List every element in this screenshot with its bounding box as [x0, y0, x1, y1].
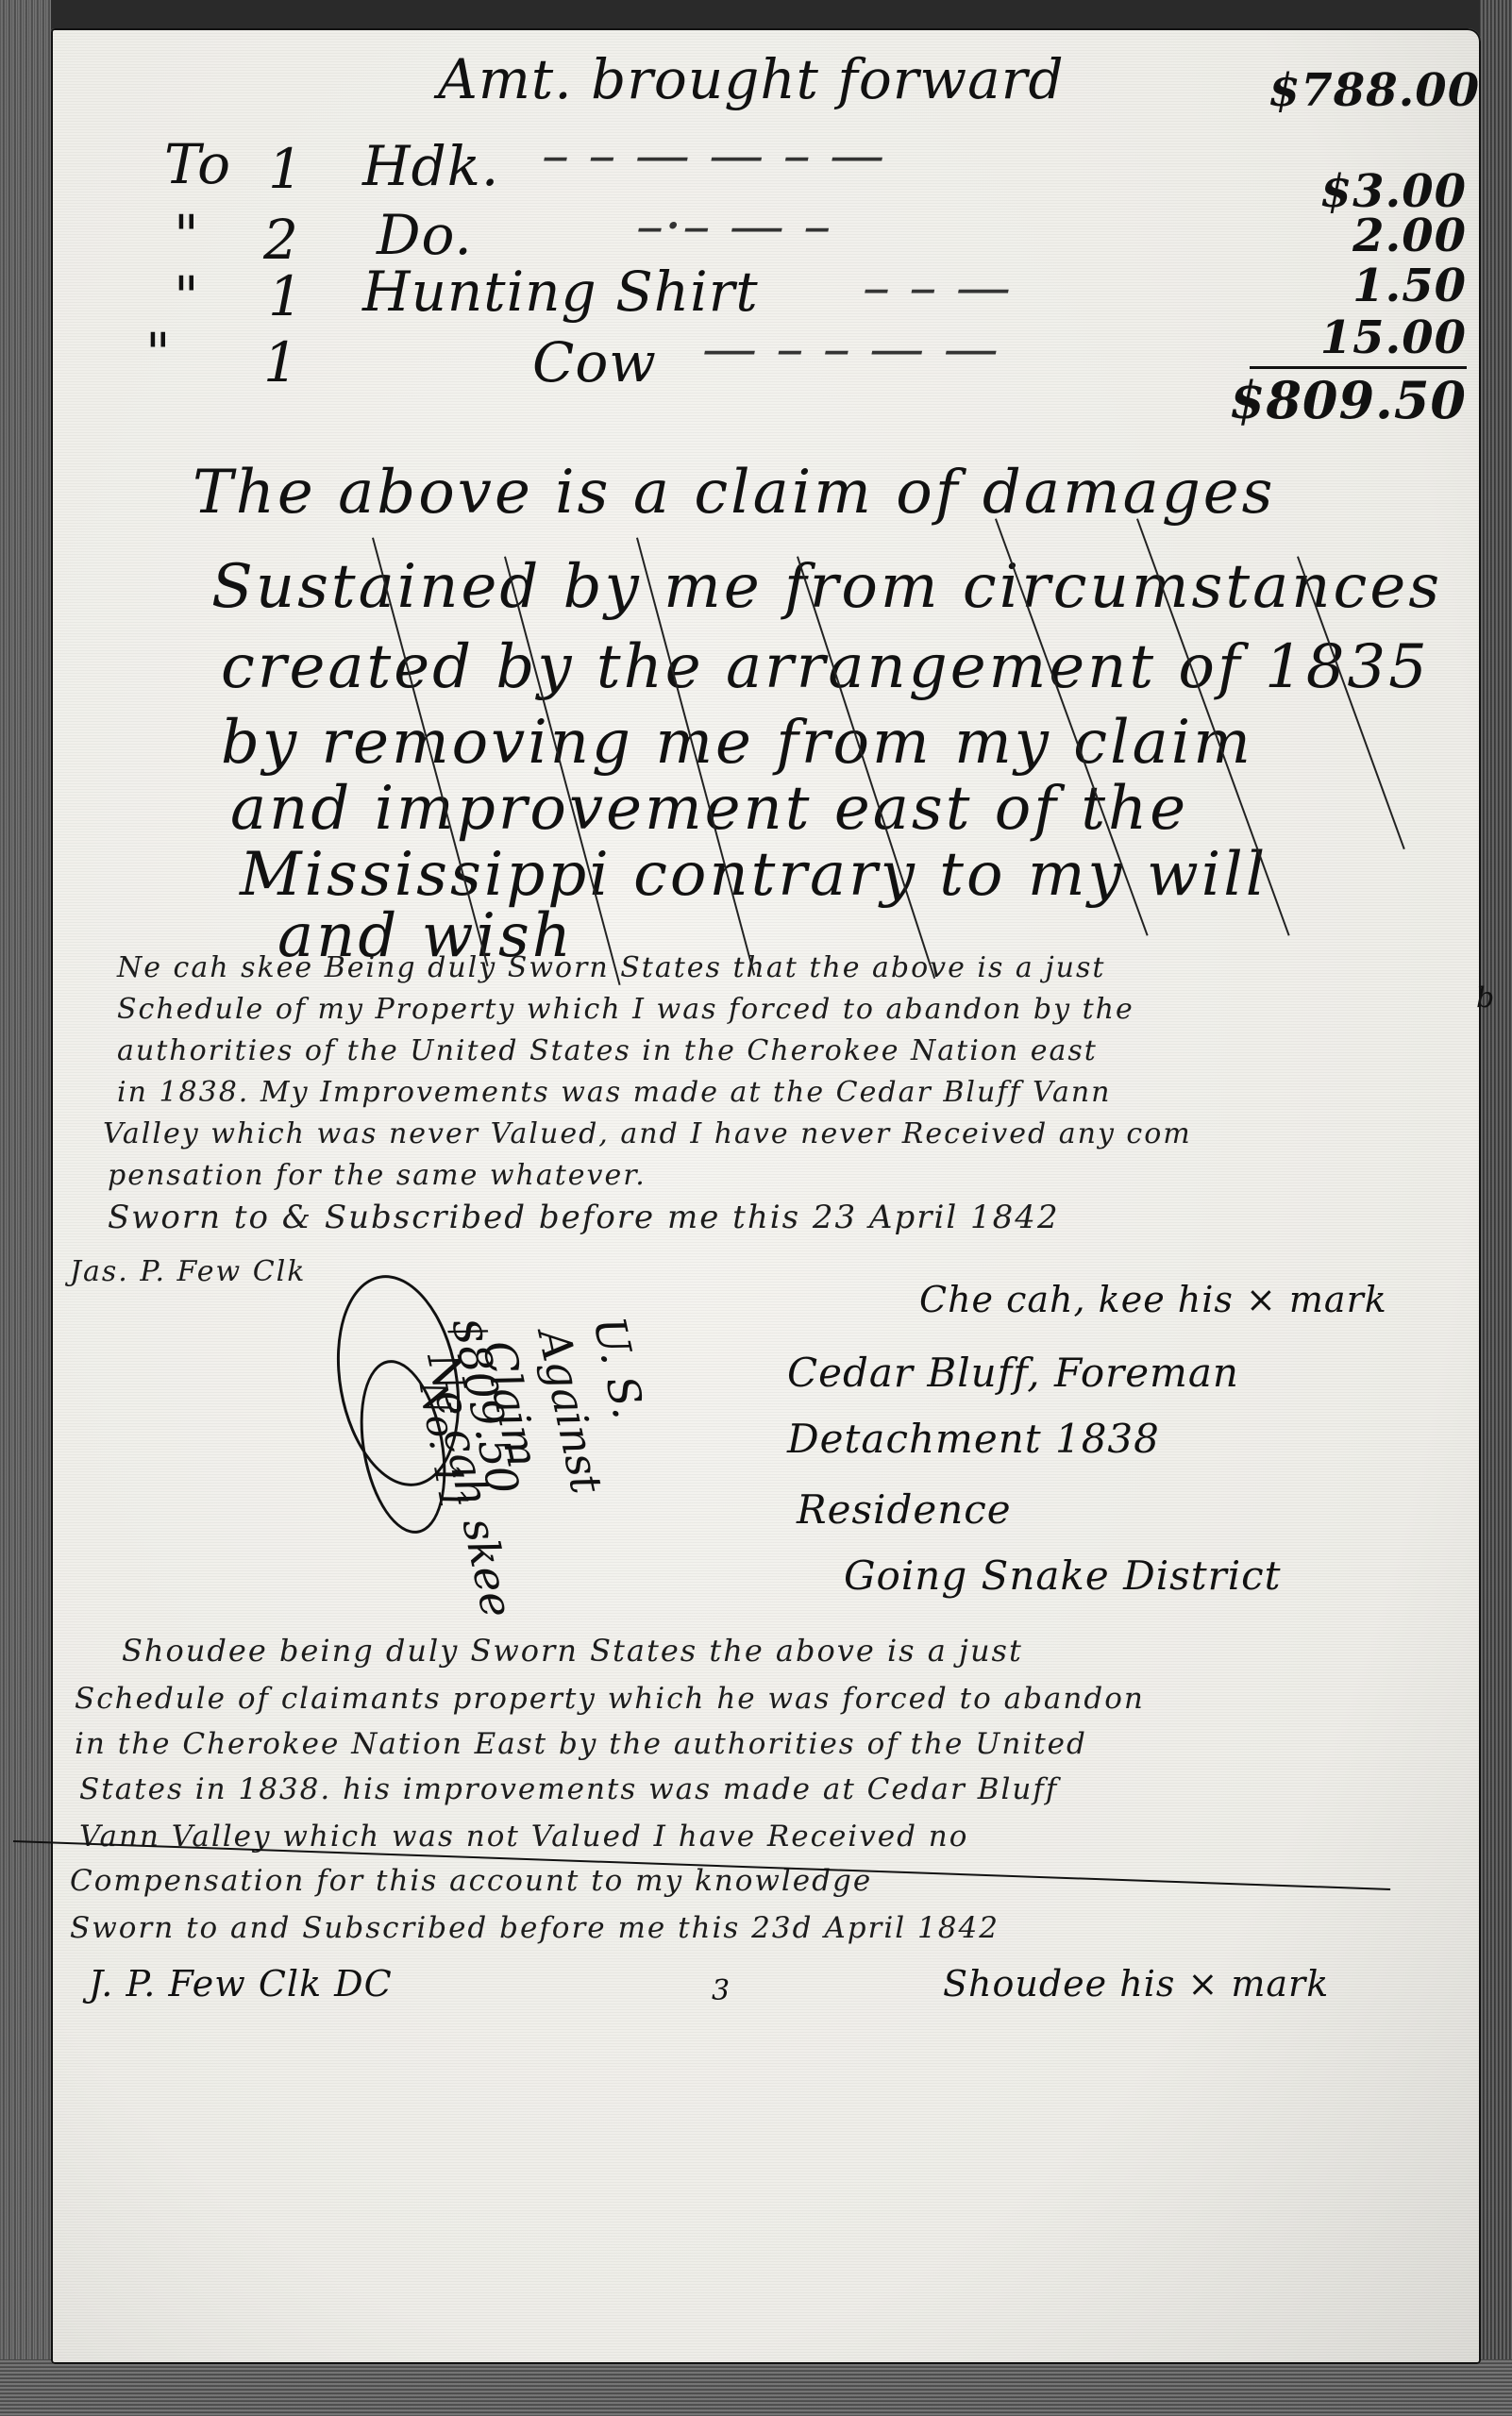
brought-forward-amount: $788.00 — [1268, 64, 1467, 117]
affidavit-line: authorities of the United States in the … — [117, 1034, 1098, 1067]
ledger-total: $809.50 — [1212, 370, 1467, 430]
ledger-qty: 1 — [268, 137, 304, 201]
residence-line: Residence — [797, 1486, 1012, 1533]
ledger-amount: 15.00 — [1297, 311, 1467, 364]
affidavit-line: Ne cah skee Being duly Sworn States that… — [117, 951, 1105, 984]
scan-bottom-edge — [0, 2359, 1512, 2416]
ledger-leader: – – — — [863, 255, 1012, 319]
ledger-item: Do. — [377, 203, 473, 267]
clerk-signature: Jas. P. Few Clk — [70, 1255, 306, 1288]
statement-line: Mississippi contrary to my will — [240, 840, 1268, 910]
affidavit-line-struck: Compensation for this account to my know… — [70, 1864, 872, 1898]
ledger-item: Cow — [532, 330, 657, 394]
residence-line: Detachment 1838 — [787, 1416, 1160, 1462]
ledger-amount: 1.50 — [1297, 260, 1467, 312]
affidavit-line: Schedule of claimants property which he … — [75, 1682, 1145, 1716]
claimant-mark-signature: Che cah, kee his × mark — [919, 1279, 1387, 1320]
affidavit-line: Shoudee being duly Sworn States the abov… — [122, 1633, 1023, 1669]
ledger-qty: 2 — [263, 208, 299, 272]
claimant-mark-signature: Shoudee his × mark — [943, 1963, 1329, 2005]
docket-note: U. S. Against Claim Ne cah skee — [414, 1312, 692, 1622]
ledger-leader: — – – — — — [702, 316, 1000, 380]
affidavit-line: pensation for the same whatever. — [108, 1159, 647, 1192]
ledger-prefix: To — [164, 132, 231, 196]
ledger-item: Hunting Shirt — [362, 260, 759, 324]
affidavit-line: States in 1838. his improvements was mad… — [79, 1772, 1058, 1806]
scan-left-edge — [0, 0, 51, 2416]
affidavit-line: in 1838. My Improvements was made at the… — [117, 1076, 1111, 1109]
ledger-item: Hdk. — [362, 134, 499, 198]
margin-mark: 3 — [712, 1974, 731, 2007]
affidavit-line: in the Cherokee Nation East by the autho… — [75, 1727, 1087, 1761]
affidavit-jurat: Sworn to and Subscribed before me this 2… — [70, 1911, 1000, 1945]
residence-line: Going Snake District — [844, 1552, 1282, 1599]
ledger-prefix: " — [145, 321, 172, 385]
margin-mark: b — [1476, 981, 1495, 1015]
statement-line: The above is a claim of damages — [193, 458, 1276, 528]
ledger-qty: 1 — [263, 330, 299, 394]
affidavit-line: Schedule of my Property which I was forc… — [117, 993, 1134, 1026]
ledger-leader: – – — — – — — [542, 123, 885, 187]
brought-forward-label: Amt. brought forward — [438, 47, 1065, 111]
clerk-signature: J. P. Few Clk DC — [89, 1963, 393, 2005]
affidavit-jurat: Sworn to & Subscribed before me this 23 … — [108, 1199, 1060, 1236]
ledger-prefix: " — [174, 203, 200, 267]
statement-line: by removing me from my claim — [221, 708, 1253, 778]
document-page: Amt. brought forward $788.00 To 1 Hdk. –… — [51, 28, 1481, 2364]
residence-line: Cedar Bluff, Foreman — [787, 1350, 1239, 1396]
affidavit-line: Valley which was never Valued, and I hav… — [103, 1117, 1192, 1150]
ledger-leader: –·– — – — [636, 193, 832, 258]
ledger-qty: 1 — [268, 264, 304, 328]
ledger-amount: 2.00 — [1297, 210, 1467, 262]
total-rule — [1250, 366, 1467, 369]
ledger-prefix: " — [174, 264, 200, 328]
statement-line: Sustained by me from circumstances — [211, 552, 1442, 622]
scan-right-edge — [1480, 0, 1512, 2416]
